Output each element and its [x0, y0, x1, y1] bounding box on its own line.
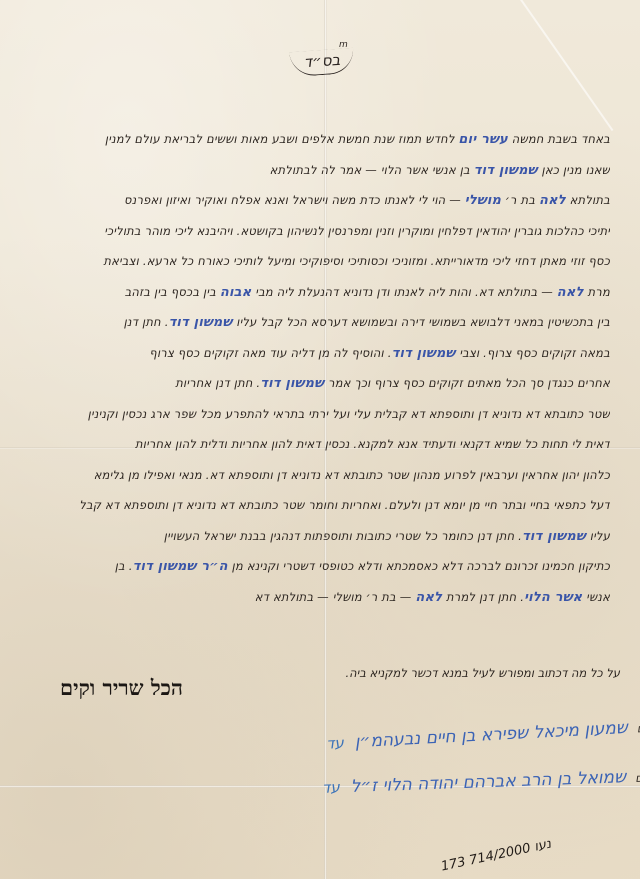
text-line: כסף זוזי מאתן דחזי ליכי מדאורייתא. ומזונ… — [44, 246, 610, 277]
witness-suffix: עד — [326, 734, 344, 753]
handwritten-text: שטר כתובתא דא נדוניא דן ותוספתא דא קבלית… — [88, 407, 610, 421]
text-line: דאית לי תחות כל שמיא דקנאי ודעתיד אנא למ… — [44, 429, 610, 460]
handwritten-text: באחד בשבת חמשה — [508, 132, 610, 146]
handwritten-text: לחדש תמוז שנת חמשת אלפים ושבע מאות וששים… — [105, 132, 459, 146]
witness-name: שמעון מיכאל שפירא בן חיים נבעהמ״ן — [354, 718, 628, 752]
handwritten-text: שאנו מנין כאן — [538, 163, 610, 177]
handwritten-text: — בת ר׳ מושלי — בתולתא דא — [255, 590, 416, 604]
blue-ink-name: שמשון דוד — [260, 376, 324, 391]
text-line: שטר כתובתא דא נדוניא דן ותוספתא דא קבלית… — [44, 399, 610, 430]
archive-note: 173 714/2000 נעו — [440, 836, 553, 874]
text-line: יתיכי כהלכות גוברין יהודאין דפלחין ומוקר… — [44, 216, 610, 247]
corner-crease — [520, 0, 613, 131]
handwritten-text: יתיכי כהלכות גוברין יהודאין דפלחין ומוקר… — [104, 224, 610, 238]
text-line: אחרים כנגדן סך הכל מאתים זקוקים כסף צרוף… — [44, 368, 610, 399]
handwritten-text: . חתן דנן כחומר כל שטרי כתובות ותוספתות … — [164, 529, 522, 543]
text-line: דעל כתפאי בחיי ובתר חיי מן יומא דנן ולעל… — [44, 490, 610, 521]
handwritten-text: דעל כתפאי בחיי ובתר חיי מן יומא דנן ולעל… — [79, 498, 610, 512]
blue-ink-name: שמשון דוד — [392, 346, 456, 361]
text-line: כתיקון חכמינו זכרונם לברכה דלא כאסמכתא ו… — [44, 551, 610, 582]
text-line: מרת לאה — בתולתא דא. והות ליה לאנתו ודן … — [44, 277, 610, 308]
blue-ink-name: שמשון דוד — [522, 529, 586, 544]
blue-ink-name: שמשון דוד — [169, 315, 233, 330]
handwritten-text: . והוסיף לה מן דליה עוד מאה זקוקים כסף צ… — [149, 346, 391, 360]
handwritten-text: . חתן דנן אחריות — [175, 376, 260, 390]
witness-suffix: עד — [322, 778, 340, 797]
handwritten-text: בת ר׳ — [501, 193, 539, 207]
handwritten-text: עליו — [586, 529, 610, 543]
handwritten-text: כלהון יהון אחראין וערבאין לפרוע מנהון שט… — [94, 468, 610, 482]
witness-signature-1: נאום שמעון מיכאל שפירא בן חיים נבעהמ״ן ע… — [326, 716, 640, 753]
blue-ink-name: אשר הלוי — [524, 590, 582, 605]
witness-signature-2: נאום שמואל בן הרב אברהם יהודה הלוי ז״ל ע… — [322, 766, 640, 798]
handwritten-text: דאית לי תחות כל שמיא דקנאי ודעתיד אנא למ… — [135, 437, 610, 451]
blue-ink-name: לאה — [557, 285, 584, 300]
witness-label: נאום — [635, 771, 640, 785]
handwritten-text: . חתן דנן — [124, 315, 169, 329]
text-line: שאנו מנין כאן שמשון דוד בן אנשי אשר הלוי… — [44, 155, 610, 186]
blue-ink-name: לאה — [415, 590, 442, 605]
text-line: במאה זקוקים כסף צרוף. וצבי שמשון דוד. וה… — [44, 338, 610, 369]
handwritten-text: במאה זקוקים כסף צרוף. וצבי — [455, 346, 610, 360]
contract-body: באחד בשבת חמשה עשר יום לחדש תמוז שנת חמש… — [44, 124, 610, 612]
blue-ink-name: אבוה — [220, 285, 252, 300]
blue-ink-name: מושלי — [465, 193, 501, 208]
witness-label: נאום — [637, 721, 640, 735]
handwritten-text: אחרים כנגדן סך הכל מאתים זקוקים כסף צרוף… — [324, 376, 610, 390]
handwritten-text: בתולתא — [566, 193, 610, 207]
text-line: בתולתא לאה בת ר׳ מושלי — הוי לי לאנתו כד… — [44, 185, 610, 216]
text-line: אנשי אשר הלוי. חתן דנן למרת לאה — בת ר׳ … — [44, 582, 610, 613]
blue-ink-name: שמשון דוד — [474, 163, 538, 178]
handwritten-text: כתיקון חכמינו זכרונם לברכה דלא כאסמכתא ו… — [228, 559, 610, 573]
handwritten-text: — הוי לי לאנתו כדת משה וישראל ואנא אפלח … — [124, 193, 465, 207]
handwritten-text: כסף זוזי מאתן דחזי ליכי מדאורייתא. ומזונ… — [103, 254, 610, 268]
handwritten-text: אנשי — [582, 590, 610, 604]
text-line: בין בתכשיטין במאני דלבושא בשמושי דירה וב… — [44, 307, 610, 338]
blue-ink-name: ה״ר שמשון דוד — [133, 559, 228, 574]
handwritten-text: — בתולתא דא. והות ליה לאנתו ודן נדוניא ד… — [251, 285, 556, 299]
scanned-document: m בס״ד באחד בשבת חמשה עשר יום לחדש תמוז … — [0, 0, 640, 879]
handwritten-text: מרת — [584, 285, 610, 299]
blue-ink-name: עשר יום — [458, 132, 507, 147]
handwritten-text: בן אנשי אשר הלוי — אמר לה לבתולתא — [270, 163, 474, 177]
text-line: כלהון יהון אחראין וערבאין לפרוע מנהון שט… — [44, 460, 610, 491]
witness-name: שמואל בן הרב אברהם יהודה הלוי ז״ל — [350, 767, 626, 797]
handwritten-text: . חתן דנן למרת — [442, 590, 524, 604]
blue-ink-name: לאה — [539, 193, 566, 208]
printed-formula: הכל שריר וקים — [60, 675, 183, 701]
handwritten-text: בין בכסף בין בזהב — [125, 285, 220, 299]
text-line: עליו שמשון דוד. חתן דנן כחומר כל שטרי כת… — [44, 521, 610, 552]
document-heading: בס״ד — [289, 48, 355, 77]
handwritten-text: בין בתכשיטין במאני דלבושא בשמושי דירה וב… — [232, 315, 610, 329]
handwritten-text: . בן — [115, 559, 133, 573]
text-line: באחד בשבת חמשה עשר יום לחדש תמוז שנת חמש… — [44, 124, 610, 155]
